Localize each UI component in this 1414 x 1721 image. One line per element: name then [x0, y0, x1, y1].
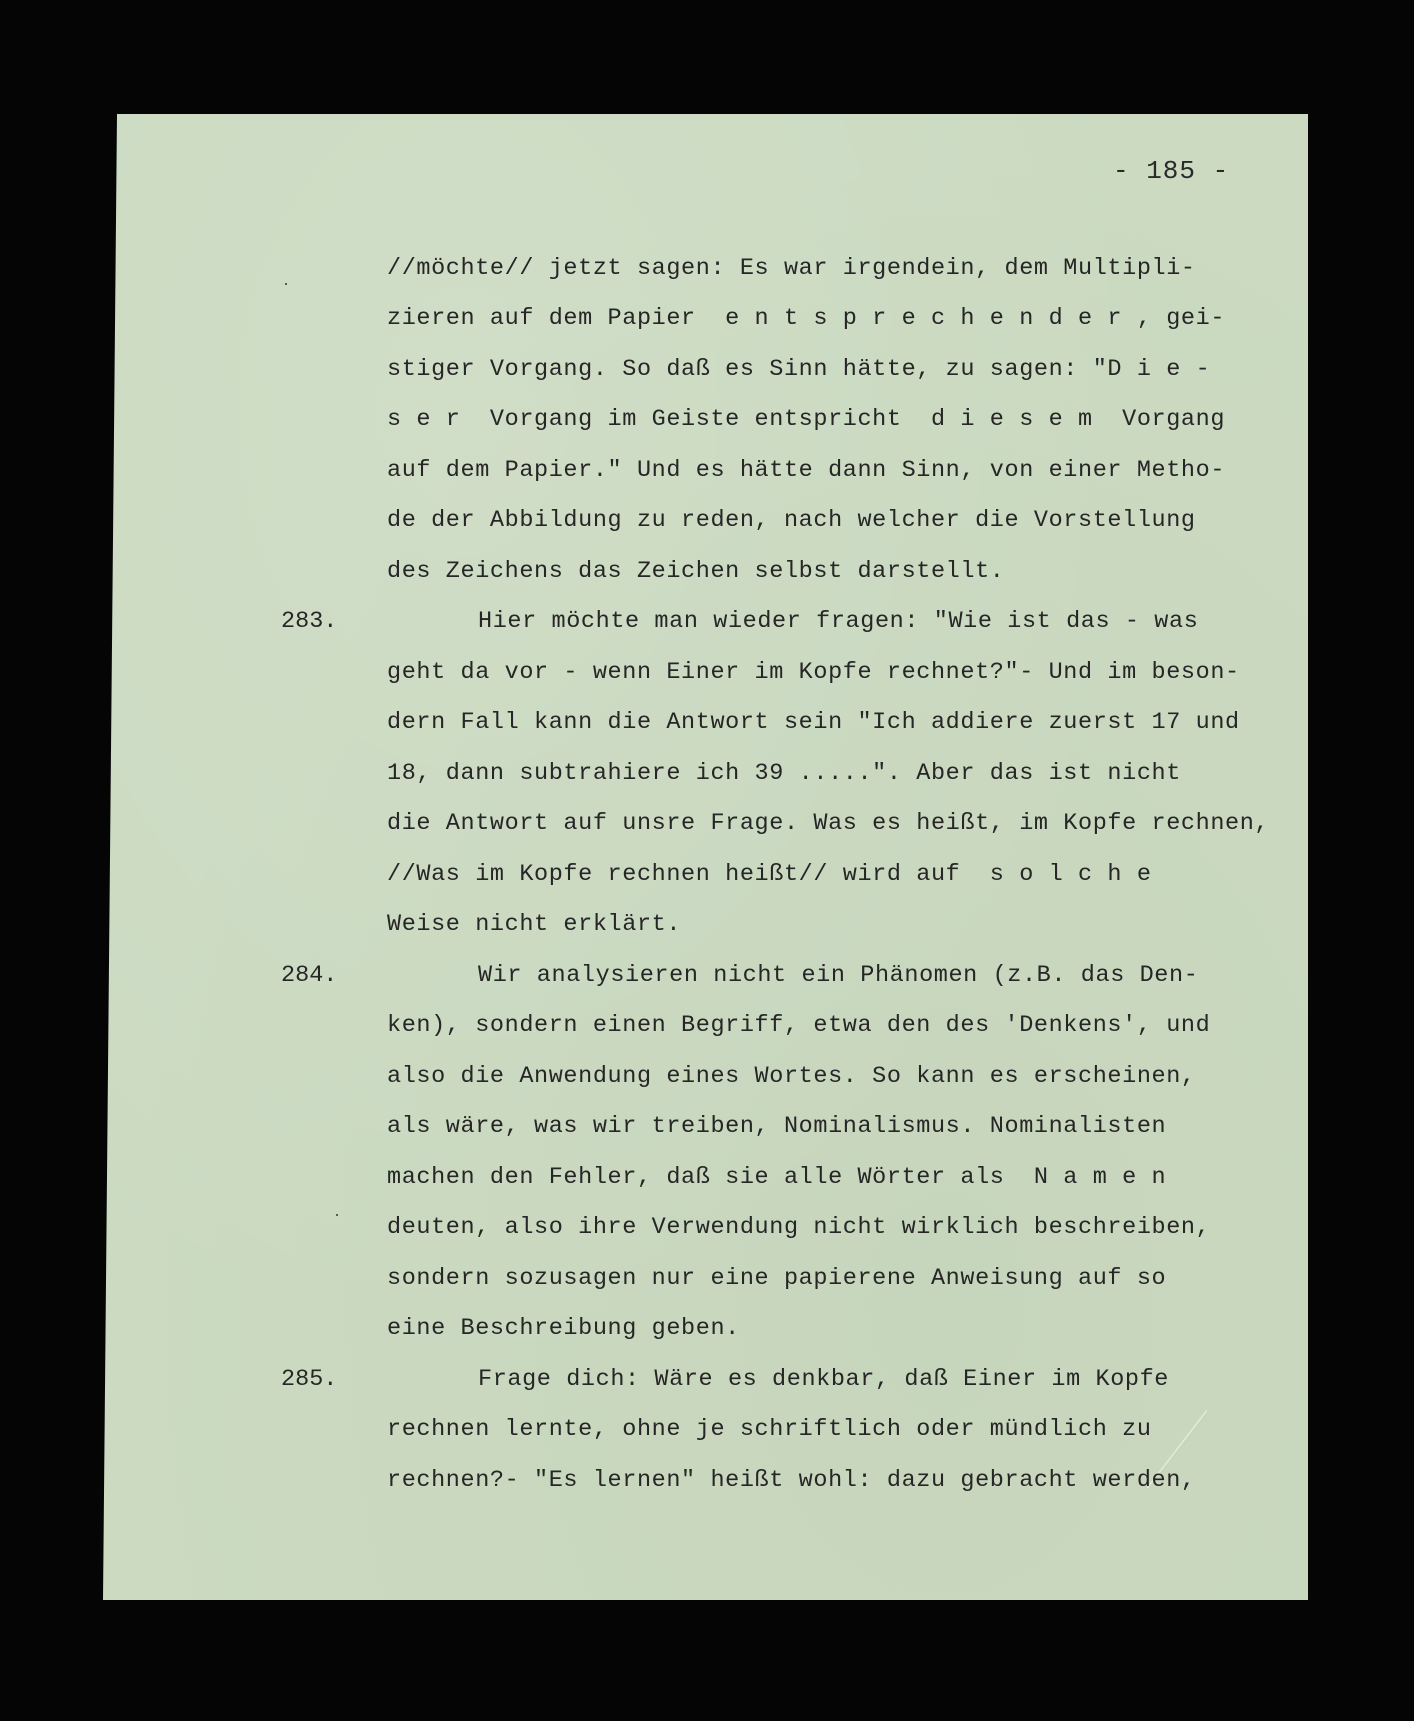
page-number: - 185 -: [1113, 156, 1229, 186]
text-line: Hier möchte man wieder fragen: "Wie ist …: [478, 608, 1198, 635]
text-line: ken), sondern einen Begriff, etwa den de…: [387, 1012, 1210, 1039]
text-line: dern Fall kann die Antwort sein "Ich add…: [387, 709, 1240, 736]
text-line: die Antwort auf unsre Frage. Was es heiß…: [387, 810, 1269, 837]
text-line: sondern sozusagen nur eine papierene Anw…: [387, 1265, 1166, 1292]
text-line: auf dem Papier." Und es hätte dann Sinn,…: [387, 457, 1225, 484]
text-line: des Zeichens das Zeichen selbst darstell…: [387, 558, 1005, 585]
text-line: Wir analysieren nicht ein Phänomen (z.B.…: [478, 962, 1198, 989]
text-line: stiger Vorgang. So daß es Sinn hätte, zu…: [387, 356, 1210, 383]
text-line: rechnen lernte, ohne je schriftlich oder…: [387, 1416, 1152, 1443]
text-line: de der Abbildung zu reden, nach welcher …: [387, 507, 1196, 534]
text-line: geht da vor - wenn Einer im Kopfe rechne…: [387, 659, 1240, 686]
text-line: rechnen?- "Es lernen" heißt wohl: dazu g…: [387, 1467, 1196, 1494]
text-line: Frage dich: Wäre es denkbar, daß Einer i…: [478, 1366, 1169, 1393]
text-line: zieren auf dem Papier e n t s p r e c h …: [387, 305, 1225, 332]
text-line: //möchte// jetzt sagen: Es war irgendein…: [387, 255, 1196, 282]
ink-speck: [285, 283, 287, 285]
text-line: als wäre, was wir treiben, Nominalismus.…: [387, 1113, 1166, 1140]
paragraph-number: 285.: [281, 1366, 337, 1393]
paragraph-number: 283.: [281, 608, 337, 635]
ink-speck: [336, 1214, 338, 1216]
text-line: s e r Vorgang im Geiste entspricht d i e…: [387, 406, 1225, 433]
text-line: deuten, also ihre Verwendung nicht wirkl…: [387, 1214, 1210, 1241]
text-line: 18, dann subtrahiere ich 39 .....". Aber…: [387, 760, 1181, 787]
text-line: machen den Fehler, daß sie alle Wörter a…: [387, 1164, 1166, 1191]
text-line: //Was im Kopfe rechnen heißt// wird auf …: [387, 861, 1152, 888]
text-line: eine Beschreibung geben.: [387, 1315, 740, 1342]
text-line: also die Anwendung eines Wortes. So kann…: [387, 1063, 1196, 1090]
paragraph-number: 284.: [281, 962, 337, 989]
text-line: Weise nicht erklärt.: [387, 911, 681, 938]
